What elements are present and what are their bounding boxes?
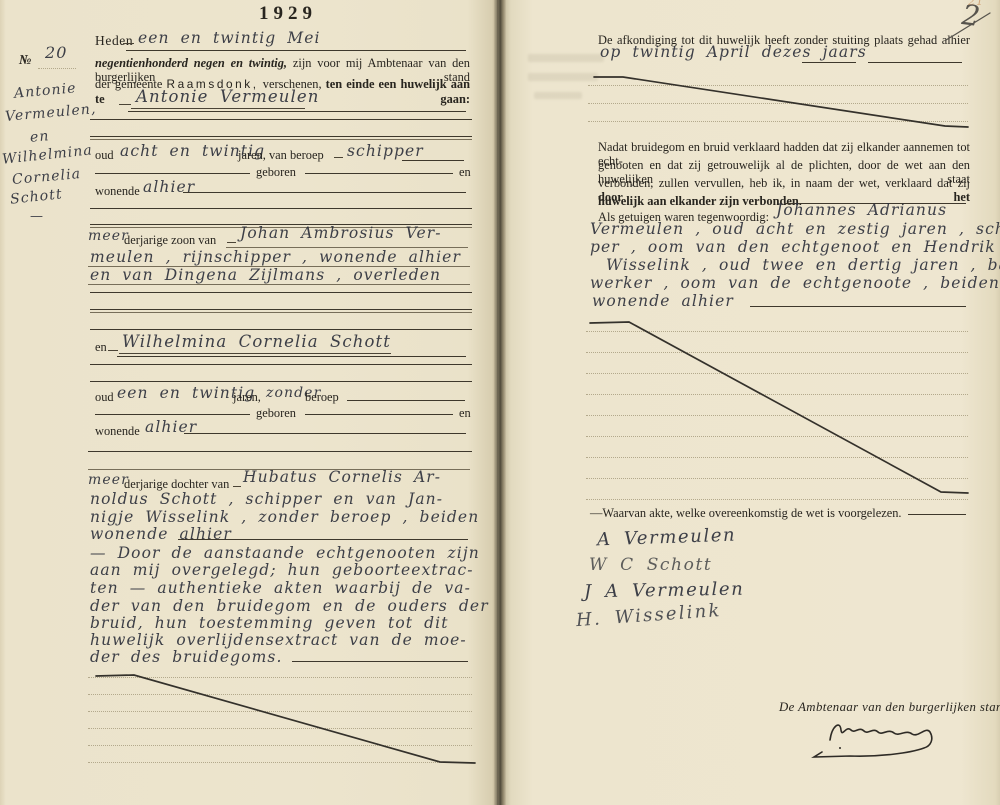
year-heading: 1929 [253, 3, 323, 25]
right-blank-dotted-1 [586, 331, 968, 332]
blank-rule-9 [90, 381, 472, 382]
geboren-line-b-bride [305, 414, 453, 415]
en-label-groom: en [459, 165, 471, 179]
blank-rule-7 [90, 329, 472, 330]
blank-rule-1 [90, 119, 472, 120]
act-number-value: 20 [45, 45, 68, 61]
handwritten-witness-line-2: Vermeulen , oud acht en zestig jaren , s… [590, 222, 1000, 238]
bride-name-lead-dash [108, 350, 118, 351]
en-label-bride: en [459, 406, 471, 420]
left-blank-dotted-6 [88, 762, 472, 763]
bleedthrough-smudge-1 [528, 54, 604, 62]
right-blank-dotted-4 [586, 394, 968, 395]
oud-label-groom: oud [95, 148, 114, 162]
geboren-line-a-bride [95, 414, 250, 415]
vow-line-3-text: verbonden, zullen vervullen, heb ik, in … [598, 176, 970, 190]
right-blank-dotted-3 [586, 373, 968, 374]
right-blank-dotted-6 [586, 436, 968, 437]
handwritten-docs-line-2: aan mij overgelegd; hun geboorteextrac- [90, 563, 474, 579]
right-blank-dotted-5 [586, 415, 968, 416]
geboren-line-a-groom [95, 173, 250, 174]
beroep-label-bride: beroep [305, 390, 339, 404]
handwritten-groom-parents-2: meulen , rijnschipper , wonende alhier [90, 250, 461, 266]
bride-beroep-fill-line [347, 400, 465, 401]
act-number-underline [38, 68, 76, 69]
handwritten-witness-line-3: per , oom van den echtgenoot en Hendrik [590, 240, 996, 256]
handwritten-bride-parents-4: wonende alhier [90, 527, 232, 543]
right-top-dotted-2 [588, 103, 968, 104]
handwritten-docs-line-4: der van den bruidegom en de ouders der [90, 599, 489, 615]
handwritten-witness-line-4: Wisselink , oud twee en dertig jaren , b… [606, 258, 1000, 274]
signature-witness-1: J A Vermeulen [584, 581, 745, 602]
book-gutter [494, 0, 506, 805]
right-blank-dotted-7 [586, 457, 968, 458]
handwritten-docs-line-5: bruid, hun toestemming geven tot dit [90, 616, 449, 632]
blank-rule-3 [90, 208, 472, 209]
blank-rule-5 [90, 292, 472, 293]
left-blank-dotted-1 [88, 677, 472, 678]
waarvan-trailing-line [908, 514, 966, 515]
right-blank-dotted-2 [586, 352, 968, 353]
vow-line-4-bold: huwelijk aan elkander zijn verbonden. [598, 194, 802, 208]
handwritten-bride-name: Wilhelmina Cornelia Schott [122, 334, 391, 351]
oud-label-bride: oud [95, 390, 114, 404]
margin-dash: — [30, 210, 44, 223]
bleedthrough-smudge-3 [534, 92, 582, 99]
handwritten-bride-father: Hubatus Cornelis Ar- [243, 470, 441, 486]
act-number-label: № [19, 52, 31, 68]
handwritten-bride-parents-3: nigje Wisselink , zonder beroep , beiden [90, 510, 479, 526]
handwritten-groom-father: Johan Ambrosius Ver- [240, 226, 442, 242]
left-blank-dotted-5 [88, 745, 472, 746]
heden-label: Heden [95, 33, 133, 49]
geboren-label-bride: geboren [256, 406, 296, 420]
zoon-dash [227, 242, 236, 243]
groom-name-underline [131, 108, 305, 109]
en-label-bride-intro: en [95, 340, 107, 354]
bleedthrough-smudge-2 [528, 73, 598, 81]
handwritten-groom-occupation: schipper [347, 144, 424, 160]
blank-rule-6b [90, 312, 472, 313]
blank-rule-2b [90, 139, 472, 140]
residence-fill-line-groom [183, 192, 466, 193]
groom-parents-base-3 [88, 284, 470, 285]
left-blank-dotted-4 [88, 728, 472, 729]
blank-rule-10 [88, 451, 472, 452]
zoon-van-label: derjarige zoon van [124, 233, 216, 247]
residence-fill-line-bride [184, 433, 466, 434]
marriage-register-spread: 1929 № 20 Antonie Vermeulen, en Wilhelmi… [0, 0, 1000, 805]
right-top-dotted-3 [588, 121, 968, 122]
afkondiging-fill-line-a [802, 62, 856, 63]
handwritten-marriage-date: een en twintig Mei [138, 31, 321, 47]
handwritten-bride-parents-2: noldus Schott , schipper en van Jan- [90, 492, 443, 508]
geboren-line-b-groom [305, 173, 453, 174]
bride-name-underline [119, 353, 391, 354]
handwritten-witness-line-1: Johannes Adrianus [776, 203, 947, 219]
jaren-label-bride: jaren, [233, 390, 261, 404]
blank-rule-8 [90, 364, 472, 365]
handwritten-docs-line-3: ten — authentieke akten waarbij de va- [90, 581, 471, 597]
witness-trailing-line [750, 306, 966, 307]
printed-year-words: negentienhonderd negen en twintig, [95, 56, 287, 70]
bride-parents-fill-line [178, 539, 468, 540]
handwritten-witness-line-5: werker , oom van de echtgenoote , beiden [590, 276, 1000, 292]
handwritten-groom-name: Antonie Vermeulen [136, 89, 319, 106]
right-blank-dotted-8 [586, 478, 968, 479]
blank-rule-6 [90, 309, 472, 310]
wonende-label-groom: wonende [95, 184, 140, 198]
wonende-label-bride: wonende [95, 424, 140, 438]
pencil-page-number: 2 [960, 1, 981, 31]
geboren-label-groom: geboren [256, 165, 296, 179]
signature-bride: W C Schott [589, 557, 712, 574]
occupation-fill-line [402, 160, 464, 161]
handwritten-meer-dochter: meer [88, 473, 129, 487]
ambtenaar-label: De Ambtenaar van den burgerlijken stand, [779, 700, 1000, 715]
handwritten-meer-zoon: meer [88, 229, 129, 243]
docs-trailing-line [292, 661, 468, 662]
date-lead-dash [123, 43, 134, 44]
right-top-dotted-1 [588, 85, 968, 86]
groom-name-lead-dash [119, 104, 131, 105]
dochter-dash [233, 486, 241, 487]
handwritten-docs-line-1: — Door de aanstaande echtgenooten zijn [90, 546, 480, 562]
afkondiging-fill-line-b [868, 62, 962, 63]
jaren-beroep-label-groom: jaren, van beroep [238, 148, 324, 162]
groom-name-base-line [128, 111, 466, 112]
handwritten-docs-line-6: huwelijk overlijdensextract van de moe- [90, 633, 467, 649]
handwritten-docs-line-7: der des bruidegoms. [90, 650, 283, 666]
margin-name-en: en [29, 129, 50, 145]
bride-name-base-line [117, 356, 466, 357]
beroep-dash [334, 157, 343, 158]
handwritten-groom-mother: en van Dingena Zijlmans , overleden [90, 268, 441, 284]
left-blank-dotted-2 [88, 694, 472, 695]
waarvan-akte-line: —Waarvan akte, welke overeenkomstig de w… [590, 506, 902, 520]
left-blank-dotted-3 [88, 711, 472, 712]
handwritten-groom-residence: alhier [143, 180, 195, 196]
handwritten-witness-line-6: wonende alhier [592, 294, 734, 310]
handwritten-afkondiging-date: op twintig April dezes jaars [600, 45, 867, 61]
blank-rule-2 [90, 136, 472, 137]
right-blank-dotted-9 [586, 499, 968, 500]
signature-groom: A Vermeulen [597, 527, 737, 550]
date-fill-line [126, 50, 466, 51]
